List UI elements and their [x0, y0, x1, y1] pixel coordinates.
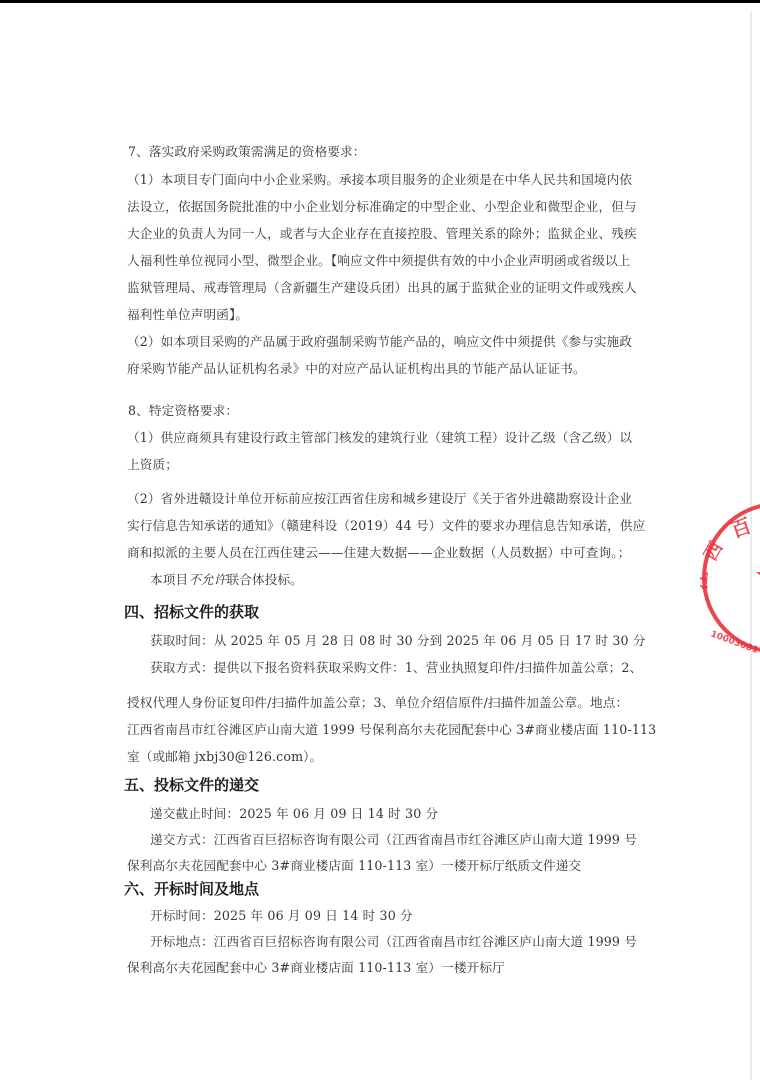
- section-7-item-1-line: 监狱管理局、戒毒管理局（含新疆生产建设兵团）出具的属于监狱企业的证明文件或残疾人: [127, 280, 637, 296]
- company-seal-stamp: 百 西 江 10003081: [700, 498, 760, 658]
- section-5-method-line: 保利高尔夫花园配套中心 3#商业楼店面 110-113 室）一楼开标厅纸质文件递…: [127, 858, 581, 874]
- consortium-prefix: 本项目: [150, 572, 188, 587]
- section-5-deadline: 递交截止时间：2025 年 06 月 09 日 14 时 30 分: [150, 806, 438, 822]
- section-8-item-2-line: 商和拟派的主要人员在江西住建云——住建大数据——企业数据（人员数据）中可查询。；: [127, 545, 630, 561]
- section-4-method-line: 室（或邮箱 jxbj30@126.com）。: [127, 749, 322, 765]
- svg-text:江: 江: [700, 570, 713, 591]
- consortium-suffix: 联合体投标。: [226, 572, 302, 587]
- section-4-heading: 四、招标文件的获取: [124, 603, 259, 621]
- section-5-method-line: 递交方式：江西省百巨招标咨询有限公司（江西省南昌市红谷滩区庐山南大道 1999 …: [150, 832, 637, 848]
- section-4-method-line: 江西省南昌市红谷滩区庐山南大道 1999 号保利高尔夫花园配套中心 3#商业楼店…: [127, 722, 656, 738]
- section-6-place-line: 开标地点：江西省百巨招标咨询有限公司（江西省南昌市红谷滩区庐山南大道 1999 …: [150, 934, 637, 950]
- section-6-place-line: 保利高尔夫花园配套中心 3#商业楼店面 110-113 室）一楼开标厅: [127, 960, 505, 976]
- section-4-method-line: 获取方式：提供以下报名资料获取采购文件：1、营业执照复印件/扫描件加盖公章；2、: [150, 660, 642, 676]
- section-7-item-2-line: 府采购节能产品认证机构名录》中的对应产品认证机构出具的节能产品认证证书。: [127, 361, 586, 377]
- svg-text:10003081: 10003081: [709, 629, 760, 656]
- section-7-item-1-line: 人福利性单位视同小型、微型企业。【响应文件中须提供有效的中小企业声明函或省级以上: [127, 253, 630, 269]
- section-6-time: 开标时间：2025 年 06 月 09 日 14 时 30 分: [150, 908, 413, 924]
- seal-icon: 百 西 江 10003081: [700, 498, 760, 658]
- section-7-title: 7、落实政府采购政策需满足的资格要求：: [128, 144, 366, 160]
- section-7-item-1-line: 法设立，依据国务院批准的中小企业划分标准确定的中型企业、小型企业和微型企业，但与: [127, 199, 637, 215]
- section-8-item-1-line: 上资质；: [127, 457, 178, 473]
- section-8-item-2-line: （2）省外进赣设计单位开标前应按江西省住房和城乡建设厅《关于省外进赣勘察设计企业: [127, 491, 632, 507]
- section-5-heading: 五、投标文件的递交: [124, 776, 259, 794]
- section-4-method-line: 授权代理人身份证复印件/扫描件加盖公章；3、单位介绍信原件/扫描件加盖公章。地点…: [127, 695, 628, 711]
- section-8-item-2-line: 实行信息告知承诺的通知》（赣建科设（2019）44 号）文件的要求办理信息告知承…: [127, 518, 645, 534]
- document-page: 7、落实政府采购政策需满足的资格要求： （1）本项目专门面向中小企业采购。承接本…: [0, 0, 760, 1080]
- svg-text:百: 百: [728, 513, 755, 542]
- section-8-item-1-line: （1）供应商须具有建设行政主管部门核发的建筑行业（建筑工程）设计乙级（含乙级）以: [127, 430, 632, 446]
- section-7-item-1-line: 大企业的负责人为同一人，或者与大企业存在直接控股、管理关系的除外；监狱企业、残疾: [127, 226, 637, 242]
- section-6-heading: 六、开标时间及地点: [124, 880, 259, 898]
- section-7-item-1-line: （1）本项目专门面向中小企业采购。承接本项目服务的企业须是在中华人民共和国境内依: [127, 172, 632, 188]
- consortium-statement: 本项目不允许联合体投标。: [150, 572, 303, 588]
- consortium-not-allowed: 不允许: [188, 572, 226, 587]
- section-8-title: 8、特定资格要求：: [128, 403, 238, 419]
- section-7-item-2-line: （2）如本项目采购的产品属于政府强制采购节能产品的，响应文件中须提供《参与实施政: [127, 334, 632, 350]
- section-7-item-1-line: 福利性单位声明函】。: [127, 307, 248, 323]
- section-4-time: 获取时间：从 2025 年 05 月 28 日 08 时 30 分到 2025 …: [150, 633, 646, 649]
